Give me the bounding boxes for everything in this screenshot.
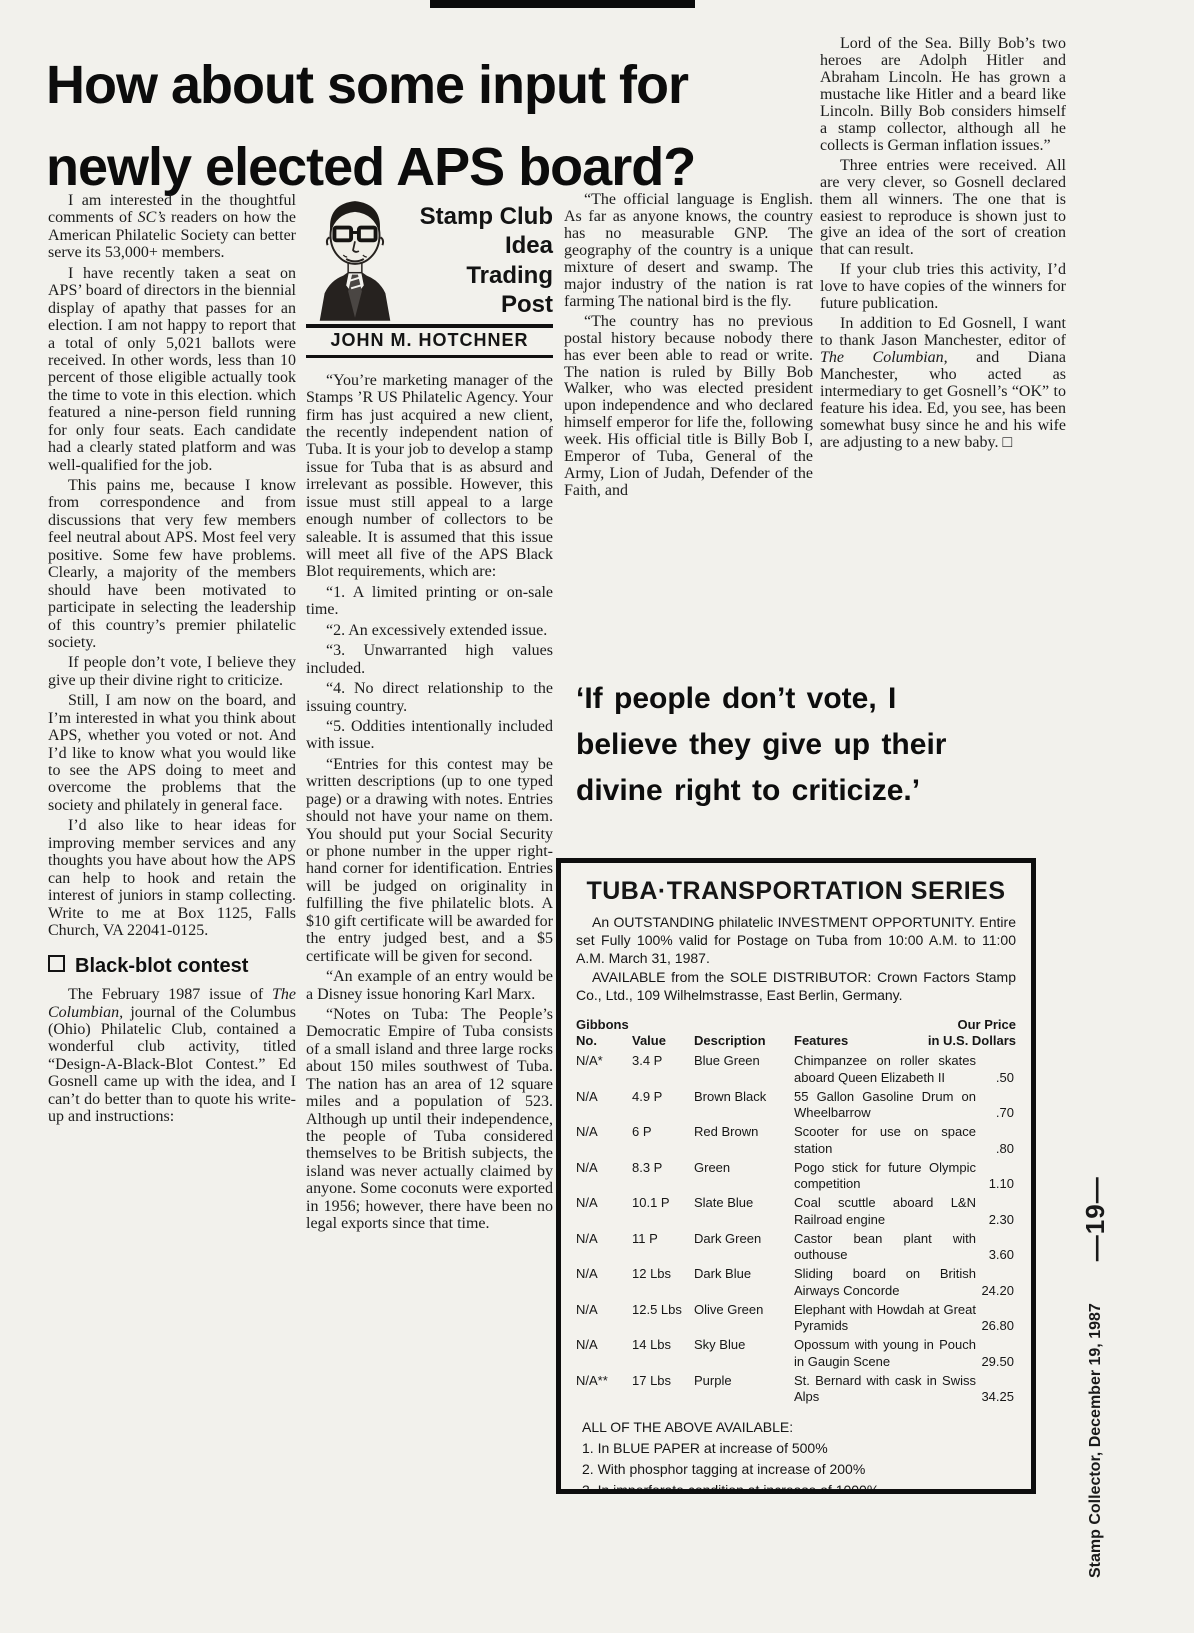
- headline-line-2: newly elected APS board?: [46, 137, 695, 197]
- ad-table-row: N/A 10.1 P Slate Blue Coal scuttle aboar…: [576, 1195, 1016, 1228]
- paragraph: “3. Unwarranted high values included.: [306, 642, 553, 677]
- paragraph: “The country has no previous postal hist…: [564, 314, 813, 500]
- paragraph: “1. A limited printing or on-sale time.: [306, 584, 553, 619]
- cell-price: 1.10: [989, 1176, 1014, 1192]
- cell-gibbons-no: N/A**: [576, 1373, 632, 1406]
- ad-footer-line: ALL OF THE ABOVE AVAILABLE:: [582, 1417, 1016, 1438]
- cell-features: 55 Gallon Gasoline Drum on Wheelbarrow: [794, 1089, 1016, 1122]
- cell-price: 34.25: [981, 1389, 1014, 1405]
- ad-table-row: N/A** 17 Lbs Purple St. Bernard with cas…: [576, 1373, 1016, 1406]
- cell-price: 24.20: [981, 1283, 1014, 1299]
- ad-title: TUBA·TRANSPORTATION SERIES: [576, 877, 1016, 906]
- ad-table-row: N/A 12.5 Lbs Olive Green Elephant with H…: [576, 1302, 1016, 1335]
- cell-description: Red Brown: [694, 1124, 794, 1157]
- cell-description: Purple: [694, 1373, 794, 1406]
- article-column-1: I am interested in the thoughtful commen…: [48, 192, 296, 1129]
- paragraph: “Entries for this contest may be written…: [306, 756, 553, 965]
- paragraph: “4. No direct relationship to the issuin…: [306, 680, 553, 715]
- cell-description: Sky Blue: [694, 1337, 794, 1370]
- author-portrait-icon: [306, 192, 404, 322]
- checkbox-icon: [48, 955, 65, 972]
- cell-features: Castor bean plant with outhouse: [794, 1231, 1016, 1264]
- paragraph: The February 1987 issue of The Columbian…: [48, 986, 296, 1126]
- header-features: Features: [794, 1033, 848, 1049]
- article-column-4: Lord of the Sea. Billy Bob’s two heroes …: [820, 36, 1066, 455]
- paragraph: “An example of an entry would be a Disne…: [306, 968, 553, 1003]
- paragraph: “The official language is English. As fa…: [564, 192, 813, 311]
- cell-gibbons-no: N/A: [576, 1231, 632, 1264]
- cell-features: Chimpanzee on roller skates aboard Queen…: [794, 1053, 1016, 1086]
- ad-table-header-top: Gibbons Our Price: [576, 1017, 1016, 1033]
- ad-footer-line: 3. In imperforate condition at increase …: [582, 1480, 1016, 1494]
- black-blot-contest-subhead: Black-blot contest: [48, 955, 296, 978]
- ad-table-row: N/A 12 Lbs Dark Blue Sliding board on Br…: [576, 1266, 1016, 1299]
- ad-intro-paragraph: An OUTSTANDING philatelic INVESTMENT OPP…: [576, 913, 1016, 968]
- cell-value: 10.1 P: [632, 1195, 694, 1228]
- paragraph: I am interested in the thoughtful commen…: [48, 192, 296, 262]
- article-column-2: Stamp Club Idea Trading Post JOHN M. HOT…: [306, 192, 553, 1236]
- column-byline-box: Stamp Club Idea Trading Post JOHN M. HOT…: [306, 192, 553, 358]
- cell-value: 12.5 Lbs: [632, 1302, 694, 1335]
- article-column-3: “The official language is English. As fa…: [564, 192, 813, 503]
- cell-price: .50: [996, 1070, 1014, 1086]
- tuba-transportation-ad: TUBA·TRANSPORTATION SERIES An OUTSTANDIN…: [556, 858, 1036, 1494]
- page-number: —19—: [1080, 1176, 1111, 1261]
- pull-quote-line: ‘If people don’t vote, I: [576, 676, 1022, 722]
- page-edge-masthead: Stamp Collector, December 19, 1987 —19—: [1080, 1120, 1111, 1578]
- paragraph: Lord of the Sea. Billy Bob’s two heroes …: [820, 36, 1066, 155]
- cell-value: 3.4 P: [632, 1053, 694, 1086]
- pull-quote-line: divine right to criticize.’: [576, 768, 1022, 814]
- paragraph: “5. Oddities intentionally included with…: [306, 718, 553, 753]
- cell-value: 11 P: [632, 1231, 694, 1264]
- cell-value: 8.3 P: [632, 1160, 694, 1193]
- paragraph: If people don’t vote, I believe they giv…: [48, 654, 296, 689]
- header-our-price: Our Price: [957, 1017, 1016, 1033]
- column-title-line: Post: [408, 290, 553, 319]
- cell-value: 4.9 P: [632, 1089, 694, 1122]
- author-name: JOHN M. HOTCHNER: [306, 328, 553, 358]
- cell-value: 14 Lbs: [632, 1337, 694, 1370]
- cell-price: 29.50: [981, 1354, 1014, 1370]
- paragraph: In addition to Ed Gosnell, I want to tha…: [820, 316, 1066, 452]
- cell-price: .80: [996, 1141, 1014, 1157]
- ad-table-row: N/A 8.3 P Green Pogo stick for future Ol…: [576, 1160, 1016, 1193]
- cell-description: Green: [694, 1160, 794, 1193]
- cell-gibbons-no: N/A: [576, 1195, 632, 1228]
- headline-line-1: How about some input for: [46, 55, 688, 115]
- cell-gibbons-no: N/A: [576, 1337, 632, 1370]
- ad-footer-line: 1. In BLUE PAPER at increase of 500%: [582, 1438, 1016, 1459]
- cell-features: Coal scuttle aboard L&N Railroad engine: [794, 1195, 1016, 1228]
- ad-intro-paragraph: AVAILABLE from the SOLE DISTRIBUTOR: Cro…: [576, 968, 1016, 1004]
- subhead-label: Black-blot contest: [75, 955, 248, 977]
- ad-table-row: N/A 11 P Dark Green Castor bean plant wi…: [576, 1231, 1016, 1264]
- ad-footer-line: 2. With phosphor tagging at increase of …: [582, 1459, 1016, 1480]
- column-title-line: Stamp Club: [408, 202, 553, 231]
- ad-table-row: N/A 14 Lbs Sky Blue Opossum with young i…: [576, 1337, 1016, 1370]
- paragraph: I’d also like to hear ideas for improvin…: [48, 817, 296, 939]
- ad-table-header: No. Value Description Features in U.S. D…: [576, 1033, 1016, 1049]
- column-title: Stamp Club Idea Trading Post: [408, 192, 553, 319]
- column-title-line: Trading: [408, 261, 553, 290]
- paragraph: “You’re marketing manager of the Stamps …: [306, 372, 553, 581]
- cell-gibbons-no: N/A: [576, 1266, 632, 1299]
- header-gibbons: Gibbons: [576, 1017, 629, 1033]
- cell-gibbons-no: N/A*: [576, 1053, 632, 1086]
- scan-artifact-bar: [430, 0, 695, 8]
- cell-description: Dark Blue: [694, 1266, 794, 1299]
- cell-value: 6 P: [632, 1124, 694, 1157]
- pull-quote-line: believe they give up their: [576, 722, 1022, 768]
- paragraph: Three entries were received. All are ver…: [820, 158, 1066, 260]
- cell-gibbons-no: N/A: [576, 1302, 632, 1335]
- issue-date: Stamp Collector, December 19, 1987: [1087, 1303, 1105, 1578]
- ad-table-row: N/A 4.9 P Brown Black 55 Gallon Gasoline…: [576, 1089, 1016, 1122]
- cell-features: Scooter for use on space station: [794, 1124, 1016, 1157]
- header-description: Description: [694, 1033, 794, 1049]
- ad-price-table: Gibbons Our Price No. Value Description …: [576, 1017, 1016, 1406]
- column-title-line: Idea: [408, 231, 553, 260]
- paragraph: This pains me, because I know from corre…: [48, 477, 296, 651]
- cell-description: Brown Black: [694, 1089, 794, 1122]
- cell-description: Olive Green: [694, 1302, 794, 1335]
- cell-price: 3.60: [989, 1247, 1014, 1263]
- ad-table-row: N/A* 3.4 P Blue Green Chimpanzee on roll…: [576, 1053, 1016, 1086]
- cell-description: Dark Green: [694, 1231, 794, 1264]
- paragraph: I have recently taken a seat on APS’ boa…: [48, 265, 296, 474]
- cell-price: .70: [996, 1105, 1014, 1121]
- cell-value: 17 Lbs: [632, 1373, 694, 1406]
- cell-gibbons-no: N/A: [576, 1160, 632, 1193]
- cell-value: 12 Lbs: [632, 1266, 694, 1299]
- paragraph: Still, I am now on the board, and I’m in…: [48, 692, 296, 814]
- cell-description: Blue Green: [694, 1053, 794, 1086]
- header-dollars: in U.S. Dollars: [928, 1033, 1016, 1049]
- ad-table-row: N/A 6 P Red Brown Scooter for use on spa…: [576, 1124, 1016, 1157]
- article-headline: How about some input fornewly elected AP…: [46, 44, 816, 208]
- pull-quote: ‘If people don’t vote, Ibelieve they giv…: [576, 676, 1022, 814]
- cell-price: 2.30: [989, 1212, 1014, 1228]
- header-value: Value: [632, 1033, 694, 1049]
- paragraph: “2. An excessively extended issue.: [306, 622, 553, 639]
- paragraph: “Notes on Tuba: The People’s Democratic …: [306, 1006, 553, 1233]
- cell-price: 26.80: [981, 1318, 1014, 1334]
- cell-gibbons-no: N/A: [576, 1124, 632, 1157]
- cell-features: Pogo stick for future Olympic competitio…: [794, 1160, 1016, 1193]
- cell-gibbons-no: N/A: [576, 1089, 632, 1122]
- header-no: No.: [576, 1033, 632, 1049]
- cell-description: Slate Blue: [694, 1195, 794, 1228]
- paragraph: If your club tries this activity, I’d lo…: [820, 262, 1066, 313]
